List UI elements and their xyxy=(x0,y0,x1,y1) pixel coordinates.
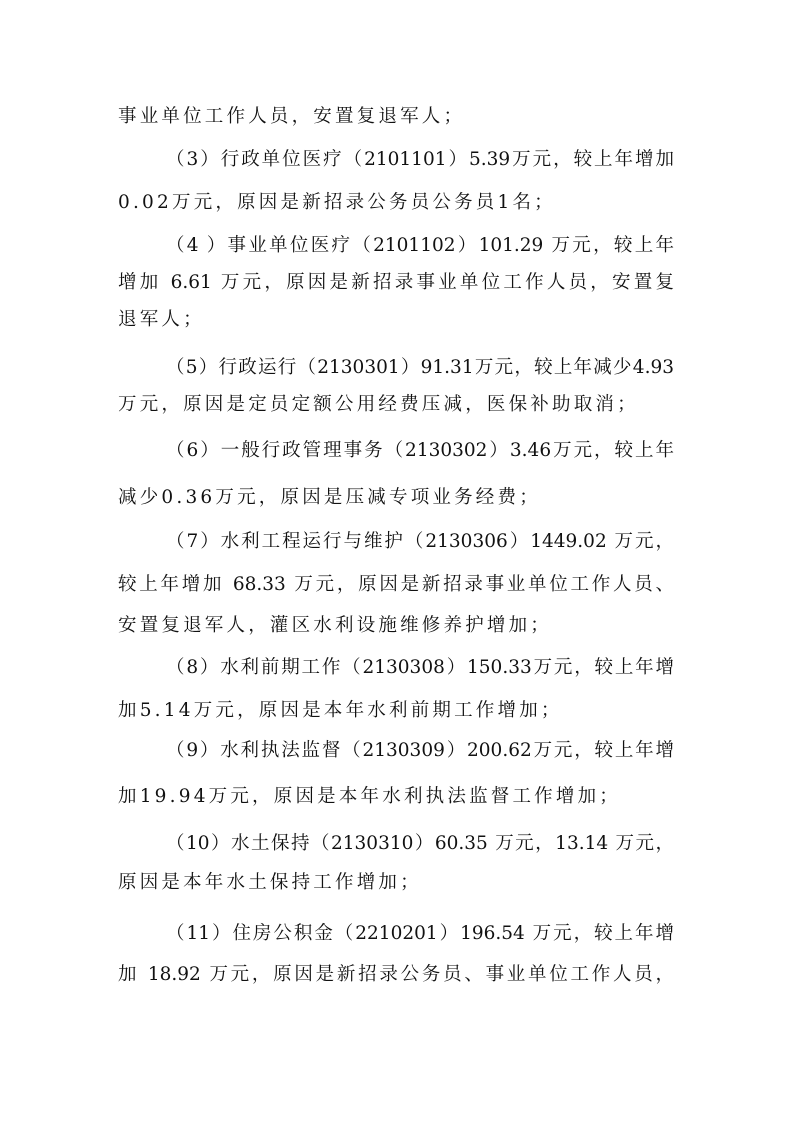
text-line: （6）一般行政管理事务（2130302）3.46万元，较上年 xyxy=(166,439,674,463)
text-line: 事业单位工作人员，安置复退军人； xyxy=(118,105,674,129)
text-line: 0.02万元，原因是新招录公务员公务员1名； xyxy=(118,191,674,215)
text-line: 加19.94万元，原因是本年水利执法监督工作增加； xyxy=(118,785,674,809)
text-line: 较上年增加 68.33 万元，原因是新招录事业单位工作人员、 xyxy=(118,573,674,597)
text-line: 退军人； xyxy=(118,308,674,332)
text-line: 原因是本年水土保持工作增加； xyxy=(118,871,674,895)
text-line: （3）行政单位医疗（2101101）5.39万元，较上年增加 xyxy=(166,148,674,172)
text-line: （9）水利执法监督（2130309）200.62万元，较上年增 xyxy=(166,739,674,763)
text-line: （8）水利前期工作（2130308）150.33万元，较上年增 xyxy=(166,656,674,680)
text-line: （4 ）事业单位医疗（2101102）101.29 万元，较上年 xyxy=(166,234,674,258)
text-line: （11）住房公积金（2210201）196.54 万元，较上年增 xyxy=(166,922,674,946)
text-line: 安置复退军人，灌区水利设施维修养护增加； xyxy=(118,614,674,638)
text-line: 万元，原因是定员定额公用经费压减，医保补助取消； xyxy=(118,393,674,417)
text-line: 加 18.92 万元，原因是新招录公务员、事业单位工作人员， xyxy=(118,963,674,987)
document-page: 事业单位工作人员，安置复退军人； （3）行政单位医疗（2101101）5.39万… xyxy=(0,0,793,1122)
text-line: 减少0.36万元，原因是压减专项业务经费； xyxy=(118,486,674,510)
text-line: 增加 6.61 万元，原因是新招录事业单位工作人员，安置复 xyxy=(118,271,674,295)
text-line: （7）水利工程运行与维护（2130306）1449.02 万元， xyxy=(166,530,674,554)
text-line: （5）行政运行（2130301）91.31万元，较上年减少4.93 xyxy=(166,356,674,380)
text-line: 加5.14万元，原因是本年水利前期工作增加； xyxy=(118,699,674,723)
text-line: （10）水土保持（2130310）60.35 万元，13.14 万元， xyxy=(166,832,674,856)
